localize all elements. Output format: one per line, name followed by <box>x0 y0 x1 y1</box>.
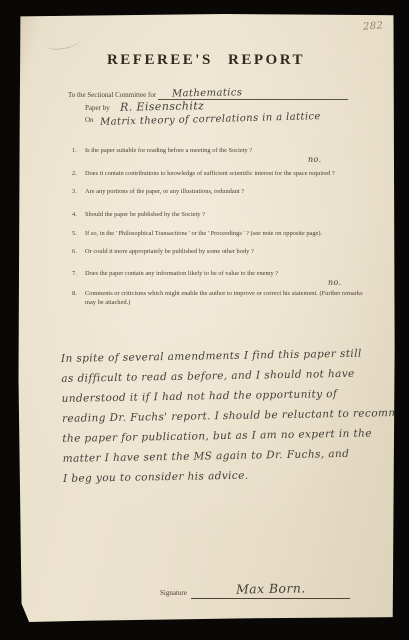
signature-row: Signature Max Born. <box>160 580 350 599</box>
subject-handwritten-value: Matrix theory of correlations in a latti… <box>99 111 320 128</box>
subject-label: On <box>85 116 94 125</box>
committee-label: To the Sectional Committee for <box>68 91 156 100</box>
question-number: 7. <box>72 270 85 279</box>
question-text: Comments or criticisms which might enabl… <box>85 290 367 308</box>
question-number: 4. <box>72 211 85 220</box>
scanned-document-scene: 282 REFEREE'S REPORT To the Sectional Co… <box>0 0 409 640</box>
question-text: Should the paper be published by the Soc… <box>85 211 367 220</box>
question-item: 2. Does it contain contributions to know… <box>72 170 368 179</box>
page-number: 282 <box>362 20 383 32</box>
question-item: 1. Is the paper suitable for reading bef… <box>72 147 368 156</box>
paper-crease <box>46 34 81 52</box>
report-title: REFEREE'S REPORT <box>17 52 395 69</box>
handwritten-answer: no. <box>308 154 322 165</box>
question-number: 6. <box>72 248 85 257</box>
committee-handwritten-value: Mathematics <box>158 87 243 99</box>
question-number: 8. <box>72 290 85 308</box>
signature-handwritten-name: Max Born. <box>235 580 305 596</box>
question-number: 5. <box>72 230 85 239</box>
committee-field-row: To the Sectional Committee for Mathemati… <box>68 88 348 100</box>
question-list: 1. Is the paper suitable for reading bef… <box>72 147 368 308</box>
question-item: 4. Should the paper be published by the … <box>72 211 368 220</box>
committee-fill-line: Mathematics <box>158 88 348 100</box>
question-text: If so, in the ' Philosophical Transactio… <box>85 230 367 239</box>
question-text: Is the paper suitable for reading before… <box>85 147 367 156</box>
question-number: 2. <box>72 170 85 179</box>
question-text: Or could it more appropriately be publis… <box>85 248 367 257</box>
question-text: Does the paper contain any information l… <box>85 270 367 279</box>
question-item: 6. Or could it more appropriately be pub… <box>72 248 368 257</box>
paper-by-field-row: Paper by R. Eisenschitz <box>85 100 204 113</box>
signature-label: Signature <box>160 589 187 599</box>
question-item: 8. Comments or criticisms which might en… <box>72 290 368 308</box>
question-text: Does it contain contributions to knowled… <box>85 170 367 179</box>
handwritten-answer: no. <box>328 277 342 288</box>
question-number: 3. <box>72 188 85 197</box>
question-item: 7. Does the paper contain any informatio… <box>72 270 368 279</box>
question-item: 5. If so, in the ' Philosophical Transac… <box>72 230 368 239</box>
referee-report-page: 282 REFEREE'S REPORT To the Sectional Co… <box>17 14 395 622</box>
signature-line: Max Born. <box>191 580 350 599</box>
question-text: Are any portions of the paper, or any il… <box>85 188 367 197</box>
question-number: 1. <box>72 147 85 156</box>
handwritten-remarks: In spite of several amendments I find th… <box>61 343 393 489</box>
paper-by-handwritten-value: R. Eisenschitz <box>120 99 205 113</box>
question-item: 3. Are any portions of the paper, or any… <box>72 188 368 197</box>
paper-by-label: Paper by <box>85 104 110 113</box>
subject-field-row: On Matrix theory of correlations in a la… <box>85 114 320 125</box>
